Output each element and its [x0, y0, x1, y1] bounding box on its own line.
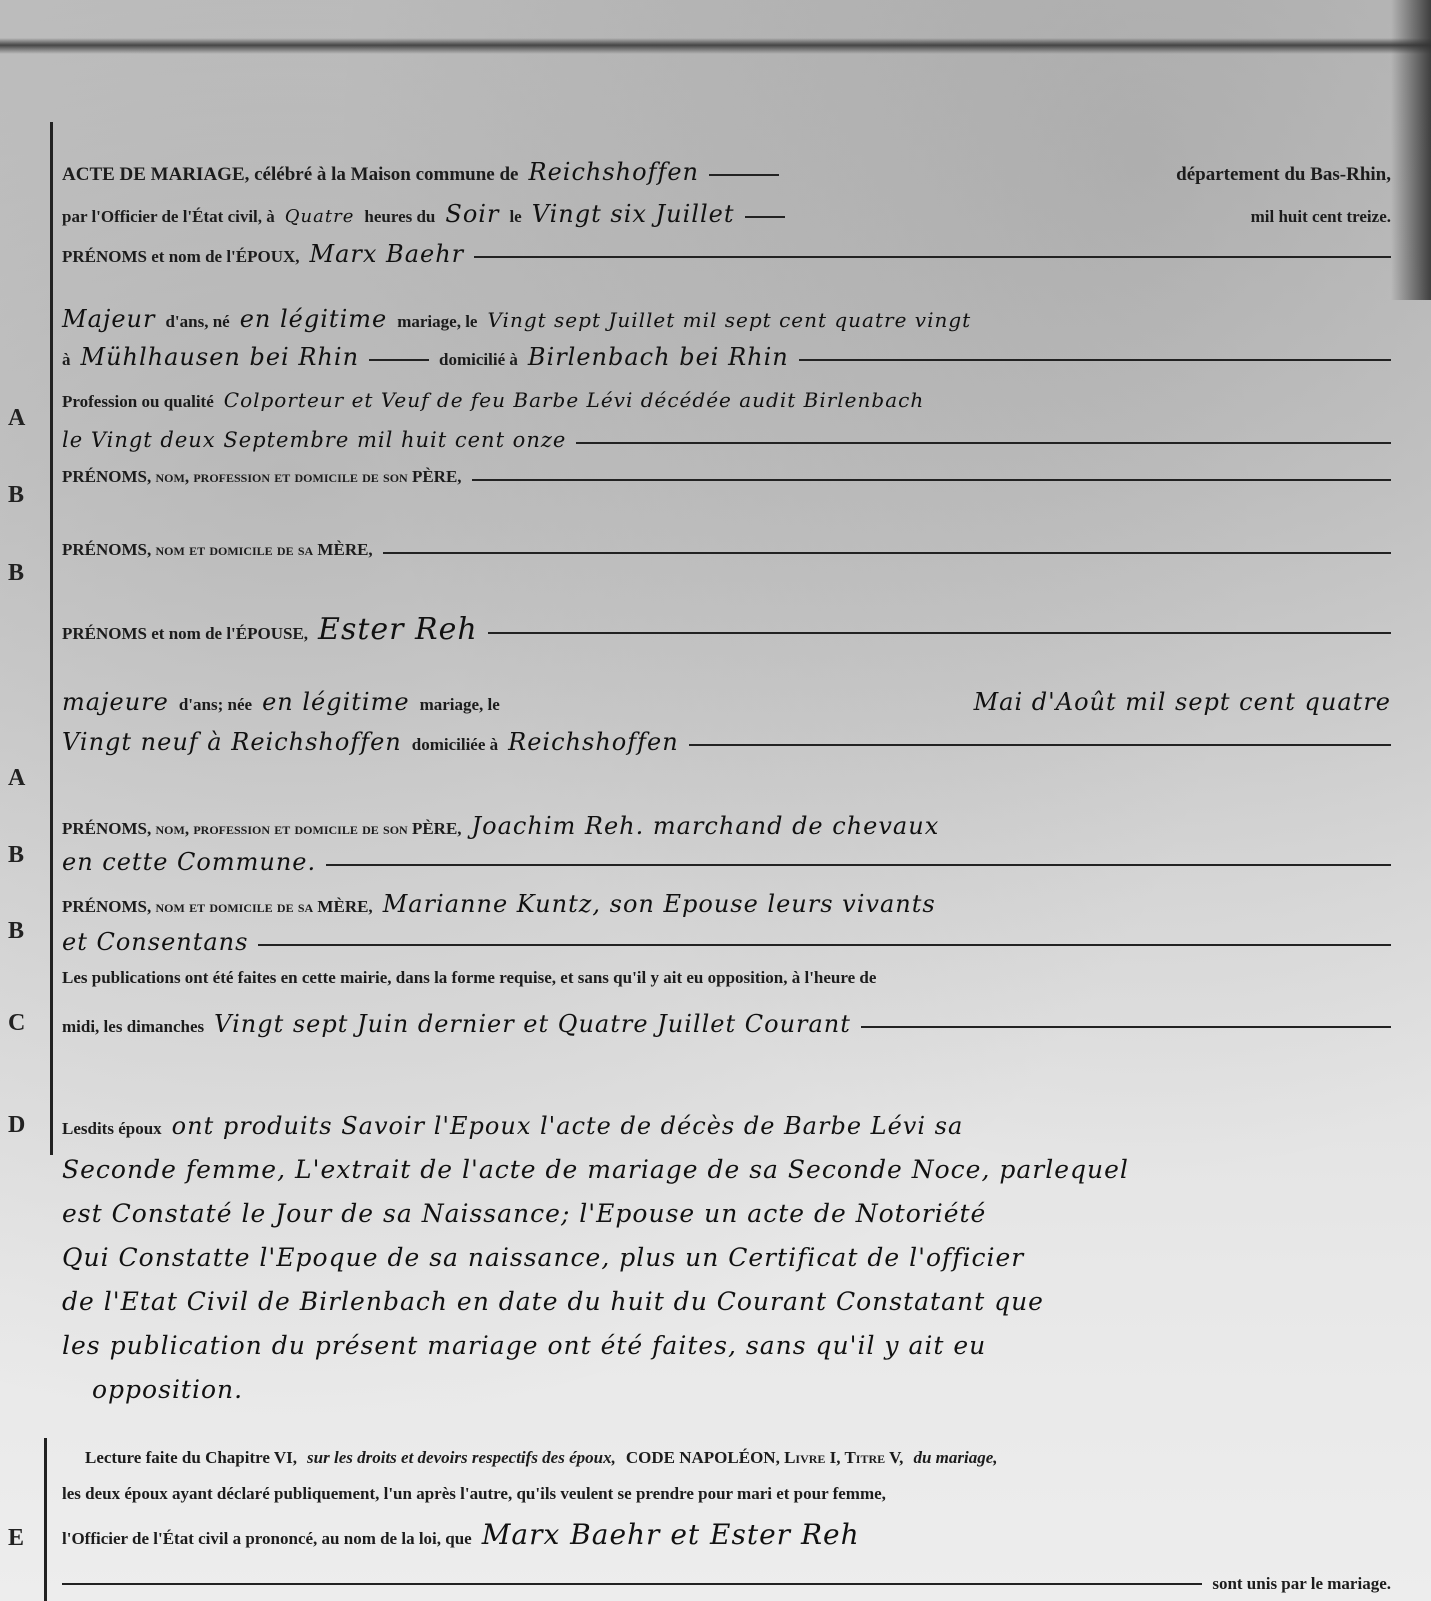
chapter-title: sur les droits et devoirs respectifs des…: [307, 1448, 616, 1468]
groom-profession-cont-value: le Vingt deux Septembre mil huit cent on…: [62, 428, 566, 452]
groom-age-value: Majeur: [62, 305, 155, 333]
bride-label: PRÉNOMS et nom de l'ÉPOUSE,: [62, 624, 308, 644]
bride-birth-date-value: Mai d'Août mil sept cent quatre: [974, 688, 1391, 716]
closing-line-4: sont unis par le mariage.: [62, 1574, 1391, 1594]
documents-line: opposition.: [62, 1368, 1391, 1412]
groom-name-value: Marx Baehr: [310, 240, 465, 268]
publications-text: Les publications ont été faites en cette…: [62, 968, 876, 988]
bride-father-cont-line: en cette Commune.: [62, 848, 1391, 876]
code-reference: CODE NAPOLÉON, Livre I, Titre V,: [626, 1448, 904, 1468]
profession-label: Profession ou qualité: [62, 392, 214, 412]
bride-domicile-value: Reichshoffen: [508, 728, 679, 756]
header-line-2: par l'Officier de l'État civil, à Quatre…: [62, 200, 1391, 228]
age-label: d'ans, né: [165, 312, 229, 332]
groom-father-line: PRÉNOMS, nom, profession et domicile de …: [62, 467, 1391, 487]
chapter-text: Lecture faite du Chapitre VI,: [85, 1448, 297, 1468]
margin-letter: B: [8, 842, 24, 869]
groom-profession-cont-line: le Vingt deux Septembre mil huit cent on…: [62, 428, 1391, 452]
publication-dates-value: Vingt sept Juin dernier et Quatre Juille…: [214, 1010, 851, 1038]
page-fold-shadow: [0, 38, 1431, 54]
documents-line: les publication du présent mariage ont é…: [62, 1324, 1391, 1368]
bride-name-value: Ester Reh: [318, 612, 478, 647]
date-value: Vingt six Juillet: [532, 200, 735, 228]
documents-paragraph: Seconde femme, L'extrait de l'acte de ma…: [62, 1148, 1391, 1412]
bride-father-value: Joachim Reh. marchand de chevaux: [472, 812, 940, 840]
father-label: PRÉNOMS, nom, profession et domicile de …: [62, 467, 462, 487]
bride-father-cont-value: en cette Commune.: [62, 848, 316, 876]
closing-line-3: l'Officier de l'État civil a prononcé, a…: [62, 1518, 1391, 1551]
age-label: d'ans; née: [179, 695, 252, 715]
title-label: ACTE DE MARIAGE, célébré à la Maison com…: [62, 164, 519, 186]
groom-mother-line: PRÉNOMS, nom et domicile de sa MÈRE,: [62, 540, 1391, 560]
margin-letter: A: [8, 405, 25, 432]
documents-line-1: Lesdits époux ont produits Savoir l'Epou…: [62, 1112, 1391, 1140]
margin-letter: B: [8, 560, 24, 587]
margin-letter: B: [8, 918, 24, 945]
bride-name-line: PRÉNOMS et nom de l'ÉPOUSE, Ester Reh: [62, 612, 1391, 647]
mother-label: PRÉNOMS, nom et domicile de sa MÈRE,: [62, 897, 373, 917]
bride-birth-date-cont-value: Vingt neuf à Reichshoffen: [62, 728, 402, 756]
groom-birth-place-value: Mühlhausen bei Rhin: [81, 343, 360, 371]
groom-label: PRÉNOMS et nom de l'ÉPOUX,: [62, 247, 300, 267]
publications-line-2: midi, les dimanches Vingt sept Juin dern…: [62, 1010, 1391, 1038]
groom-name-line: PRÉNOMS et nom de l'ÉPOUX, Marx Baehr: [62, 240, 1391, 268]
department-label: département du Bas-Rhin,: [1176, 164, 1391, 186]
hours-label: heures du: [364, 207, 435, 227]
pronouncement-text: l'Officier de l'État civil a prononcé, a…: [62, 1529, 472, 1549]
officer-label: par l'Officier de l'État civil, à: [62, 207, 275, 227]
birth-label: mariage, le: [397, 312, 477, 332]
documents-line: est Constaté le Jour de sa Naissance; l'…: [62, 1192, 1391, 1236]
groom-domicile-value: Birlenbach bei Rhin: [528, 343, 789, 371]
margin-letter: A: [8, 765, 25, 792]
le-label: le: [509, 207, 521, 227]
margin-letter: E: [8, 1525, 24, 1552]
spouses-label: Lesdits époux: [62, 1119, 162, 1139]
margin-letter: D: [8, 1112, 25, 1139]
groom-birth-line: Majeur d'ans, né en légitime mariage, le…: [62, 305, 1391, 333]
header-line-1: ACTE DE MARIAGE, célébré à la Maison com…: [62, 158, 1391, 186]
bride-mother-cont-line: et Consentans: [62, 928, 1391, 956]
documents-line: de l'Etat Civil de Birlenbach en date du…: [62, 1280, 1391, 1324]
bride-place-line: Vingt neuf à Reichshoffen domiciliée à R…: [62, 728, 1391, 756]
bride-father-line: PRÉNOMS, nom, profession et domicile de …: [62, 812, 1391, 840]
domicile-label: domiciliée à: [412, 735, 498, 755]
year-label: mil huit cent treize.: [1251, 207, 1391, 227]
closing-line-2: les deux époux ayant déclaré publiquemen…: [62, 1484, 1391, 1504]
bride-age-value: majeure: [62, 688, 169, 716]
binding-shadow: [1391, 0, 1431, 300]
commune-value: Reichshoffen: [529, 158, 700, 186]
birth-place-prefix: à: [62, 350, 71, 370]
bride-mother-value: Marianne Kuntz, son Epouse leurs vivants: [383, 890, 936, 918]
groom-place-line: à Mühlhausen bei Rhin domicilié à Birlen…: [62, 343, 1391, 371]
time-of-day-value: Soir: [445, 200, 499, 228]
scanned-document-page: A B B A B B C D E ACTE DE MARIAGE, céléb…: [0, 0, 1431, 1601]
bride-mother-line: PRÉNOMS, nom et domicile de sa MÈRE, Mar…: [62, 890, 1391, 918]
bride-birth-line: majeure d'ans; née en légitime mariage, …: [62, 688, 1391, 716]
documents-text: ont produits Savoir l'Epoux l'acte de dé…: [172, 1112, 964, 1140]
legitimate-value: en légitime: [240, 305, 388, 333]
groom-profession-line: Profession ou qualité Colporteur et Veuf…: [62, 388, 1391, 412]
title-reference: du mariage,: [913, 1448, 997, 1468]
united-text: sont unis par le mariage.: [1212, 1574, 1391, 1594]
groom-profession-value: Colporteur et Veuf de feu Barbe Lévi déc…: [224, 388, 924, 412]
father-label: PRÉNOMS, nom, profession et domicile de …: [62, 819, 462, 839]
margin-rule-bottom: [44, 1438, 47, 1601]
hour-value: Quatre: [285, 206, 355, 227]
publications-line-1: Les publications ont été faites en cette…: [62, 968, 1391, 988]
groom-birth-date-value: Vingt sept Juillet mil sept cent quatre …: [487, 308, 971, 332]
margin-letter: B: [8, 482, 24, 509]
mother-label: PRÉNOMS, nom et domicile de sa MÈRE,: [62, 540, 373, 560]
legitimate-value: en légitime: [262, 688, 410, 716]
documents-line: Qui Constatte l'Epoque de sa naissance, …: [62, 1236, 1391, 1280]
closing-line-1: Lecture faite du Chapitre VI, sur les dr…: [85, 1448, 1391, 1468]
birth-label: mariage, le: [420, 695, 500, 715]
couple-names-value: Marx Baehr et Ester Reh: [482, 1518, 860, 1551]
declaration-text: les deux époux ayant déclaré publiquemen…: [62, 1484, 886, 1504]
margin-rule: [50, 122, 53, 1155]
bride-mother-cont-value: et Consentans: [62, 928, 248, 956]
sundays-label: midi, les dimanches: [62, 1017, 204, 1037]
domicile-label: domicilié à: [439, 350, 518, 370]
documents-line: Seconde femme, L'extrait de l'acte de ma…: [62, 1148, 1391, 1192]
margin-letter: C: [8, 1010, 25, 1037]
